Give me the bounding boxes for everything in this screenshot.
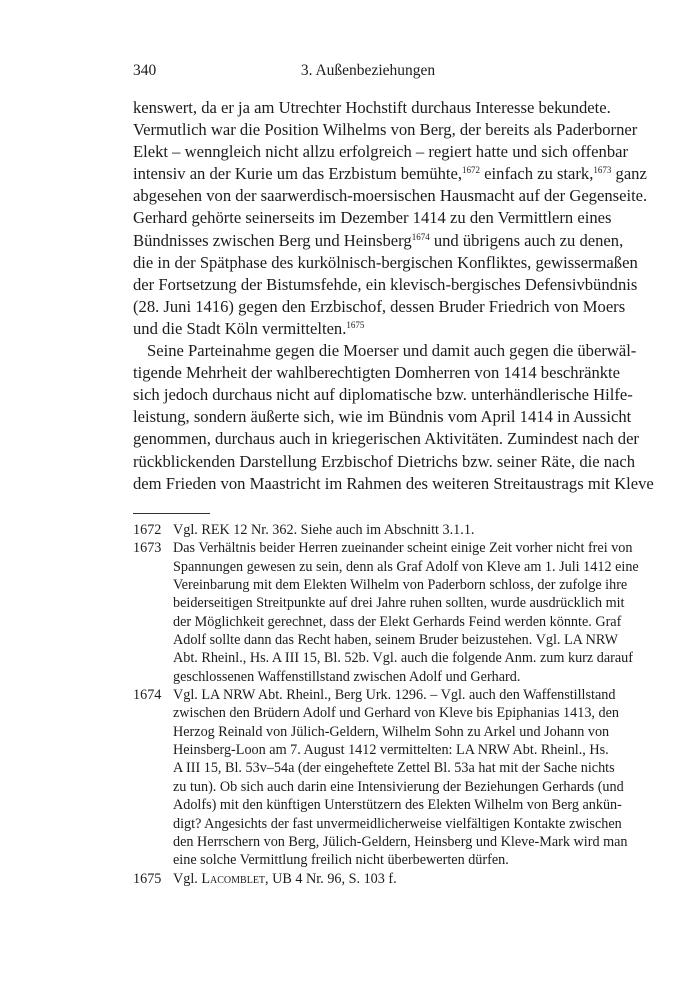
footnote-number: 1673: [133, 539, 161, 557]
body-line: kenswert, da er ja am Utrechter Hochstif…: [133, 97, 603, 119]
body-line: und die Stadt Köln vermittelten.1675: [133, 318, 603, 340]
footnote-number: 1672: [133, 521, 161, 539]
footnotes: 1672 Vgl. REK 12 Nr. 362. Siehe auch im …: [133, 521, 603, 888]
footnote-1673: 1673 Das Verhältnis beider Herren zueina…: [133, 539, 603, 686]
footnote-line: Vgl. LA NRW Abt. Rheinl., Berg Urk. 1296…: [173, 686, 603, 704]
footnote-line: Vgl. REK 12 Nr. 362. Siehe auch im Absch…: [173, 521, 603, 539]
author-name: Lacomblet: [201, 871, 265, 887]
body-line: genommen, durchaus auch in kriegerischen…: [133, 428, 603, 450]
footnote-line: A III 15, Bl. 53v–54a (der eingeheftete …: [173, 759, 603, 777]
body-line: tigende Mehrheit der wahlberechtigten Do…: [133, 362, 603, 384]
footnote-ref[interactable]: 1675: [346, 320, 364, 330]
body-line: sich jedoch durchaus nicht auf diplomati…: [133, 384, 603, 406]
body-line: intensiv an der Kurie um das Erzbistum b…: [133, 163, 603, 185]
body-line: dem Frieden von Maastricht im Rahmen des…: [133, 473, 603, 495]
body-line: die in der Spätphase des kurkölnisch-ber…: [133, 252, 603, 274]
body-line: Elekt – wenngleich nicht allzu erfolgrei…: [133, 141, 603, 163]
body-text: kenswert, da er ja am Utrechter Hochstif…: [133, 97, 603, 495]
footnote-ref[interactable]: 1672: [462, 165, 480, 175]
footnote-number: 1675: [133, 870, 161, 888]
footnote-line: digt? Angesichts der fast unvermeidliche…: [173, 815, 603, 833]
footnote-line: Spannungen gewesen zu sein, denn als Gra…: [173, 558, 603, 576]
footnote-1674: 1674 Vgl. LA NRW Abt. Rheinl., Berg Urk.…: [133, 686, 603, 869]
footnote-line: Heinsberg-Loon am 7. August 1412 vermitt…: [173, 741, 603, 759]
footnote-line: Vereinbarung mit dem Elekten Wilhelm von…: [173, 576, 603, 594]
body-line: abgesehen von der saarwerdisch-moersisch…: [133, 185, 603, 207]
footnote-ref[interactable]: 1673: [593, 165, 611, 175]
body-line: leistung, sondern äußerte sich, wie im B…: [133, 406, 603, 428]
body-line: rückblickenden Darstellung Erzbischof Di…: [133, 451, 603, 473]
body-line: Vermutlich war die Position Wilhelms von…: [133, 119, 603, 141]
footnote-line: zu tun). Ob sich auch darin eine Intensi…: [173, 778, 603, 796]
body-line: Seine Parteinahme gegen die Moerser und …: [133, 340, 603, 362]
footnote-line: der Möglichkeit gerechnet, dass der Elek…: [173, 613, 603, 631]
running-title: 3. Außenbeziehungen: [133, 62, 603, 80]
body-line: Gerhard gehörte seinerseits im Dezember …: [133, 207, 603, 229]
footnote-line: den Herrschern von Berg, Jülich-Geldern,…: [173, 833, 603, 851]
footnote-line: Herzog Reinald von Jülich-Geldern, Wilhe…: [173, 723, 603, 741]
footnote-line: Adolf sollte dann das Recht haben, seine…: [173, 631, 603, 649]
page-header: 340 3. Außenbeziehungen: [133, 62, 603, 84]
body-line: der Fortsetzung der Bistumsfehde, ein kl…: [133, 274, 603, 296]
footnote-line: Abt. Rheinl., Hs. A III 15, Bl. 52b. Vgl…: [173, 649, 603, 667]
footnote-number: 1674: [133, 686, 161, 704]
body-line: (28. Juni 1416) gegen den Erzbischof, de…: [133, 296, 603, 318]
footnote-line: beiderseitigen Streitpunkte auf drei Jah…: [173, 594, 603, 612]
footnote-line: eine solche Vermittlung freilich nicht ü…: [173, 851, 603, 869]
body-line: Bündnisses zwischen Berg und Heinsberg16…: [133, 230, 603, 252]
footnote-separator: [133, 513, 210, 514]
footnote-ref[interactable]: 1674: [412, 232, 430, 242]
footnote-1672: 1672 Vgl. REK 12 Nr. 362. Siehe auch im …: [133, 521, 603, 539]
footnote-line: Adolfs) mit den künftigen Unterstützern …: [173, 796, 603, 814]
footnote-1675: 1675 Vgl. Lacomblet, UB 4 Nr. 96, S. 103…: [133, 870, 603, 888]
footnote-line: Vgl. Lacomblet, UB 4 Nr. 96, S. 103 f.: [173, 870, 603, 888]
footnote-line: Das Verhältnis beider Herren zueinander …: [173, 539, 603, 557]
footnote-line: geschlossenen Waffenstillstand zwischen …: [173, 668, 603, 686]
footnote-line: zwischen den Brüdern Adolf und Gerhard v…: [173, 704, 603, 722]
